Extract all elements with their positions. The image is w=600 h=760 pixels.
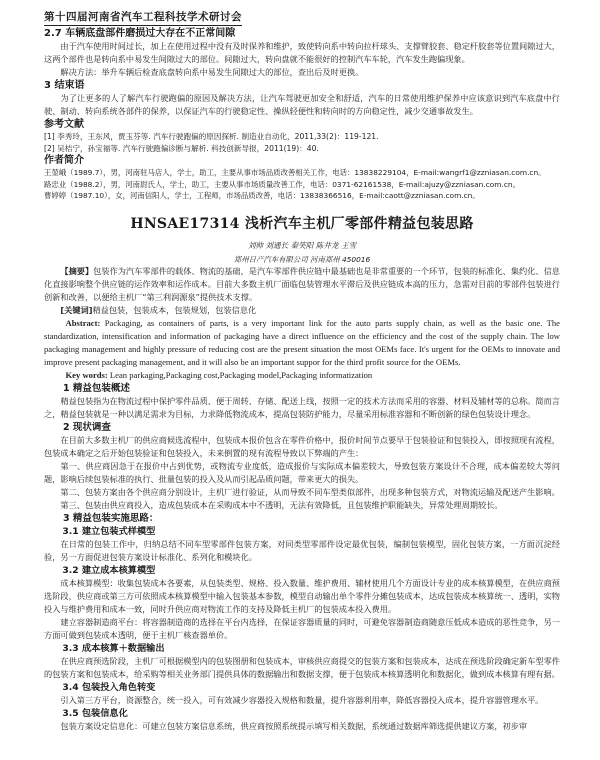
article-affiliation: 郑州日产汽车有限公司 河南郑州 450016 [44, 254, 560, 265]
abstract-cn-text: 包装作为汽车零部件的载体、物流的基础，是汽车零部件供应链中最基础也是非常重要的一… [44, 266, 560, 302]
body-paragraph: 为了让更多的人了解汽车行驶跑偏的原因及解决方法，让汽车驾驶更加安全和舒适，汽车的… [44, 92, 560, 118]
abstract-cn: 【摘要】包装作为汽车零部件的载体、物流的基础，是汽车零部件供应链中最基础也是非常… [44, 265, 560, 304]
body-paragraph: 建立容器制造商平台：将容器制造商的选择在平台内选择，在保证容器质量的同时，可避免… [44, 616, 560, 642]
subsection-heading: 3.4 包装投入角色转变 [44, 681, 560, 694]
section-heading: 3 结束语 [44, 79, 560, 92]
authors-bio: 作者简介 王堃峨（1989.7），男，河南驻马店人，学士，助工，主要从事市场品质… [44, 154, 560, 202]
body-paragraph: 包装方案设定信息化：可建立包装方案信息系统，供应商按照系统提示填写相关数据，系统… [44, 720, 560, 733]
subsection-heading: 3.1 建立包装式样模型 [44, 525, 560, 538]
reference-item: [1] 李秀玲，王东风，贾玉芬等. 汽车行驶跑偏的原因探析. 制造业自动化，20… [44, 131, 560, 143]
section-2: 2 现状调查 在目前大多数主机厂的供应商候选流程中，包装成本报价包含在零件价格中… [44, 421, 560, 512]
keywords-cn-text: 精益包装，包装成本，包装规划，包装信息化 [92, 305, 256, 315]
subsection-heading: 3.3 成本核算＋数据输出 [44, 642, 560, 655]
body-paragraph: 精益包装指为在物流过程中保护零件品质、便于周转、存储、配送上线，按照一定的技术方… [44, 395, 560, 421]
body-paragraph: 第二、包装方案由各个供应商分别设计，主机厂进行验证，从而导致不同车型类似部件，出… [44, 486, 560, 499]
abstract-en-label: Abstract: [66, 318, 101, 328]
section-heading: 3 精益包装实施思路： [44, 512, 560, 525]
body-paragraph: 成本核算模型：收集包装成本各要素，从包装类型、规格、投入数量、维护费用、辅材使用… [44, 577, 560, 616]
body-paragraph: 第一、供应商因急于在报价中占到优势，或物流专业度低，造成报价与实际成本偏差较大，… [44, 460, 560, 486]
keywords-en: Key words: Lean parkaging,Packaging cost… [44, 369, 560, 382]
body-paragraph: 第三、包装由供应商投入，造成包装成本在采购成本中不透明，无法有效降低，且包装维护… [44, 499, 560, 512]
abstract-cn-label: 【摘要】 [60, 266, 93, 276]
subsection-heading: 3.2 建立成本核算模型 [44, 564, 560, 577]
author-bio-item: 路忠业（1988.2），男，河南尉氏人，学士，助工，主要从事市场质量改善工作，电… [44, 179, 560, 191]
page-content: 2.7 车辆底盘部件磨损过大存在不正常间隙 由于汽车使用时间过长，加上在使用过程… [44, 24, 560, 733]
body-paragraph: 由于汽车使用时间过长，加上在使用过程中没有及时保养和维护，致使转向系中转向拉杆球… [44, 40, 560, 66]
body-paragraph: 在供应商预选阶段，主机厂可根据模型内的包装图册和包装成本，审核供应商提交的包装方… [44, 655, 560, 681]
article-title-block: HNSAE17314 浅析汽车主机厂零部件精益包装思路 刘帅 刘通长 秦笑阳 陈… [44, 213, 560, 265]
document-page: 第十四届河南省汽车工程科技学术研讨会 2.7 车辆底盘部件磨损过大存在不正常间隙… [0, 0, 600, 760]
section-2-7: 2.7 车辆底盘部件磨损过大存在不正常间隙 由于汽车使用时间过长，加上在使用过程… [44, 27, 560, 79]
body-paragraph: 在目前大多数主机厂的供应商候选流程中，包装成本报价包含在零件价格中，报价时间节点… [44, 434, 560, 460]
references: 参考文献 [1] 李秀玲，王东风，贾玉芬等. 汽车行驶跑偏的原因探析. 制造业自… [44, 118, 560, 154]
references-heading: 参考文献 [44, 118, 560, 131]
body-paragraph: 在日常的包装工作中，归纳总结不同车型零部件包装方案，对同类型零部件设定最优包装，… [44, 538, 560, 564]
reference-item: [2] 吴桔宁，孙宝福等. 汽车行驶跑偏诊断与解析. 科技创新导报，2011(1… [44, 143, 560, 155]
author-bio-item: 王堃峨（1989.7），男，河南驻马店人，学士，助工，主要从事市场品质改善相关工… [44, 167, 560, 179]
section-1: 1 精益包装概述 精益包装指为在物流过程中保护零件品质、便于周转、存储、配送上线… [44, 382, 560, 421]
keywords-cn: [关键词]精益包装，包装成本，包装规划，包装信息化 [44, 304, 560, 317]
article-authors: 刘帅 刘通长 秦笑阳 陈井龙 王雪 [44, 240, 560, 251]
author-bio-item: 曹婷婷（1987.10），女，河南信阳人，学士，工程师，市场品质改善，电话：13… [44, 190, 560, 202]
body-paragraph: 解决方法：举升车辆后检查底盘转向系中易发生间隙过大的部位，查出后及时更换。 [44, 66, 560, 79]
subsection-heading: 3.5 包装信息化 [44, 707, 560, 720]
keywords-cn-label: [关键词] [60, 305, 92, 315]
authors-bio-heading: 作者简介 [44, 154, 560, 167]
abstract-en: Abstract: Packaging, as containers of pa… [44, 317, 560, 369]
abstract-en-text: Packaging, as containers of parts, is a … [44, 318, 560, 367]
section-heading: 2 现状调查 [44, 421, 560, 434]
section-heading: 1 精益包装概述 [44, 382, 560, 395]
keywords-en-label: Key words: [66, 370, 108, 380]
section-3-conclusion: 3 结束语 为了让更多的人了解汽车行驶跑偏的原因及解决方法，让汽车驾驶更加安全和… [44, 79, 560, 118]
section-3: 3 精益包装实施思路： 3.1 建立包装式样模型 在日常的包装工作中，归纳总结不… [44, 512, 560, 733]
section-heading: 2.7 车辆底盘部件磨损过大存在不正常间隙 [44, 27, 560, 40]
keywords-en-text: Lean parkaging,Packaging cost,Packaging … [110, 370, 372, 380]
body-paragraph: 引入第三方平台，资源整合，统一投入，可有效减少容器投入规格和数量，提升容器利用率… [44, 694, 560, 707]
article-title: HNSAE17314 浅析汽车主机厂零部件精益包装思路 [44, 213, 560, 233]
